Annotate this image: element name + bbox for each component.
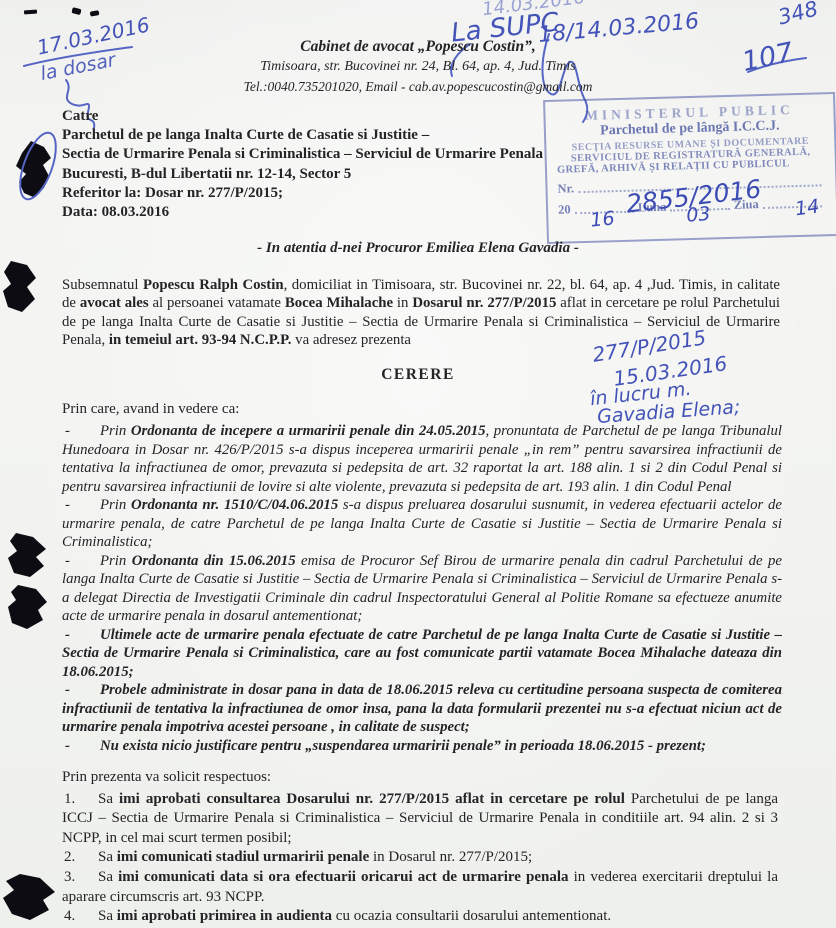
request-text: Sa imi comunicati stadiul urmaririi pena… [98, 849, 532, 865]
bullet-marker: - [65, 496, 70, 515]
handwritten-number-348: 348 [776, 0, 821, 29]
ink-mark-top-b [71, 7, 81, 15]
request-text: Sa imi comunicati data si ora efectuarii… [62, 869, 778, 905]
request-item: 2.Sa imi comunicati stadiul urmaririi pe… [62, 848, 778, 868]
registry-stamp: MINISTERUL PUBLIC Parchetul de pe lângă … [543, 92, 836, 244]
request-item: 1.Sa imi aprobati consultarea Dosarului … [62, 790, 778, 849]
stamp-handwritten-year: 16 [589, 207, 615, 231]
stamp-year-prefix: 20 [558, 202, 571, 217]
letterhead: Cabinet de avocat „Popescu Costin”, Timi… [0, 37, 836, 97]
ink-blot-4 [8, 585, 47, 629]
stamp-nr-label: Nr. [557, 181, 574, 196]
ink-mark-top-c [90, 10, 100, 16]
consideration-item: -Prin Ordonanta din 15.06.2015 emisa de … [62, 552, 782, 626]
scanned-legal-letter: Cabinet de avocat „Popescu Costin”, Timi… [0, 0, 836, 928]
office-address: Timisoara, str. Bucovinei nr. 24, Bl. 64… [0, 57, 836, 77]
consideration-text: Nu exista nicio justificare pentru „susp… [100, 738, 706, 754]
item-number: 1. [64, 790, 75, 810]
request-text: Sa imi aprobati primirea in audienta cu … [98, 908, 611, 924]
bullet-marker: - [65, 422, 70, 441]
considering-intro: Prin care, avand in vedere ca: [62, 401, 239, 418]
ink-blot-5 [3, 874, 55, 920]
consideration-text: Prin Ordonanta nr. 1510/C/04.06.2015 s-a… [62, 497, 782, 550]
consideration-item: -Probele administrate in dosar pana in d… [62, 681, 782, 737]
consideration-item: -Prin Ordonanta nr. 1510/C/04.06.2015 s-… [62, 496, 782, 552]
requests-section: Prin prezenta va solicit respectuos: 1.S… [62, 768, 778, 927]
ink-blot-3 [8, 533, 46, 577]
consideration-text: Ultimele acte de urmarire penala efectua… [62, 627, 782, 680]
consideration-text: Prin Ordonanta de incepere a urmaririi p… [62, 423, 782, 495]
ink-mark-top-a [24, 10, 37, 15]
bullet-marker: - [65, 626, 70, 645]
ink-blot-2 [3, 261, 36, 312]
consideration-item: -Ultimele acte de urmarire penala efectu… [62, 626, 782, 682]
consideration-item: -Prin Ordonanta de incepere a urmaririi … [62, 422, 782, 496]
bullet-marker: - [65, 552, 70, 571]
office-contact: Tel.:0040.735201020, Email - cab.av.pope… [0, 77, 836, 97]
requests-intro: Prin prezenta va solicit respectuos: [62, 768, 778, 788]
item-number: 2. [64, 848, 75, 868]
consideration-text: Probele administrate in dosar pana in da… [62, 682, 782, 735]
request-text: Sa imi aprobati consultarea Dosarului nr… [62, 791, 778, 846]
bullet-marker: - [65, 681, 70, 700]
consideration-item: -Nu exista nicio justificare pentru „sus… [62, 737, 782, 756]
request-item: 3.Sa imi comunicati data si ora efectuar… [62, 868, 778, 907]
stamp-handwritten-month: 03 [685, 203, 711, 227]
consideration-text: Prin Ordonanta din 15.06.2015 emisa de P… [62, 553, 782, 625]
request-item: 4.Sa imi aprobati primirea in audienta c… [62, 907, 778, 927]
considerations-list: -Prin Ordonanta de incepere a urmaririi … [62, 422, 782, 755]
bullet-marker: - [65, 737, 70, 756]
item-number: 3. [64, 868, 75, 888]
attention-line: - In atentia d-nei Procuror Emiliea Elen… [0, 240, 836, 257]
stamp-handwritten-day: 14 [794, 195, 821, 220]
item-number: 4. [64, 907, 75, 927]
pen-circle-around-blot [13, 128, 63, 203]
ink-blot-1 [16, 141, 51, 197]
